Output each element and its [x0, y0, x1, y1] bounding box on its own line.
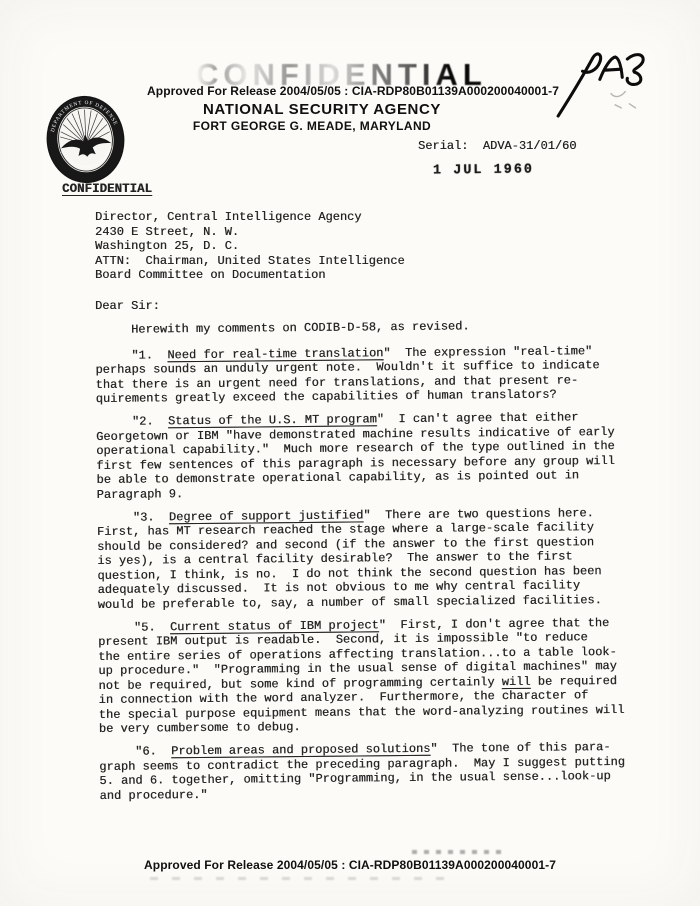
body-paragraph: "6. Problem areas and proposed solutions… — [99, 740, 645, 803]
serial-line: Serial: ADVA-31/01/60 — [418, 139, 576, 153]
body-paragraph: "1. Need for real-time translation" The … — [95, 343, 641, 406]
recipient-line: 2430 E Street, N. W. — [95, 225, 405, 240]
body-line: Herewith my comments on CODIB-D-58, as r… — [95, 318, 640, 338]
body-paragraph: "5. Current status of IBM project" First… — [98, 615, 644, 736]
recipient-line: ATTN: Chairman, United States Intelligen… — [95, 254, 405, 269]
serial-label: Serial: — [418, 139, 468, 153]
handwritten-annotation — [552, 48, 664, 126]
body-paragraph: "2. Status of the U.S. MT program" I can… — [96, 410, 642, 502]
stamp-smudge — [150, 877, 450, 880]
recipient-block: Director, Central Intelligence Agency243… — [95, 210, 405, 283]
agency-name: NATIONAL SECURITY AGENCY — [203, 101, 441, 118]
scanned-letter-page: CONFIDENTIAL Approved For Release 2004/0… — [0, 0, 700, 906]
salutation: Dear Sir: — [95, 299, 160, 313]
dod-eagle-seal-icon: DEPARTMENT OF DEFENSE UNITED STATES OF A… — [42, 91, 130, 188]
serial-value: ADVA-31/01/60 — [483, 139, 577, 153]
classification-heading: CONFIDENTIAL — [62, 182, 152, 196]
recipient-line: Washington 25, D. C. — [95, 239, 405, 254]
date-stamp: 1 JUL 1960 — [433, 162, 534, 178]
letter-body: Herewith my comments on CODIB-D-58, as r… — [95, 318, 645, 812]
agency-location: FORT GEORGE G. MEADE, MARYLAND — [193, 119, 431, 133]
recipient-line: Director, Central Intelligence Agency — [95, 210, 405, 225]
approved-for-release-bottom: Approved For Release 2004/05/05 : CIA-RD… — [0, 858, 700, 872]
approved-for-release-top: Approved For Release 2004/05/05 : CIA-RD… — [147, 84, 559, 98]
recipient-line: Board Committee on Documentation — [95, 268, 405, 283]
pen-scribble-icon — [552, 48, 664, 126]
stamp-smudge — [412, 850, 504, 854]
department-of-defense-seal: DEPARTMENT OF DEFENSE UNITED STATES OF A… — [42, 91, 130, 188]
body-paragraph: "3. Degree of support justified" There a… — [97, 505, 643, 612]
body-paragraph: Herewith my comments on CODIB-D-58, as r… — [95, 318, 640, 338]
